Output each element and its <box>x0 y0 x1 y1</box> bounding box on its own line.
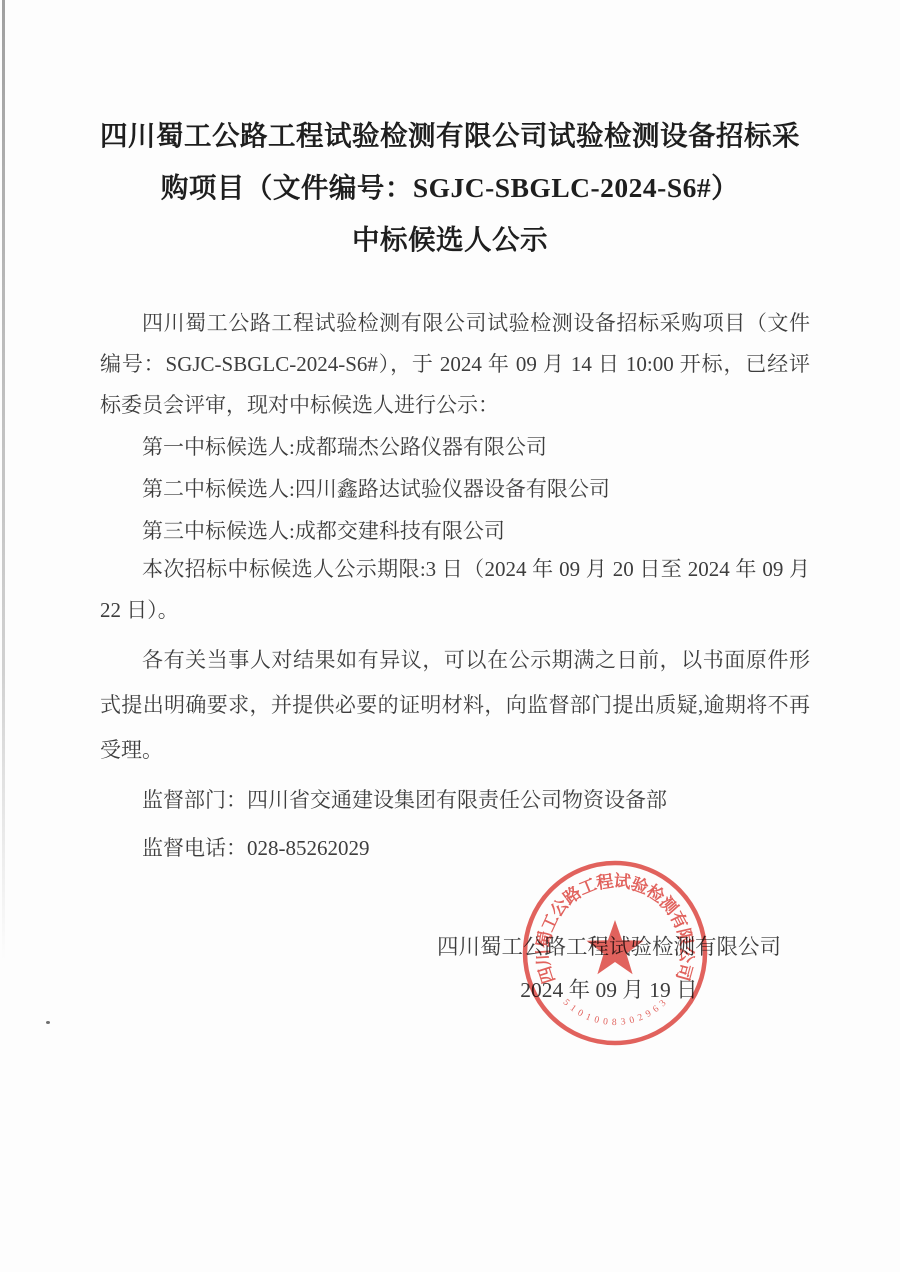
document-page: 四川蜀工公路工程试验检测有限公司试验检测设备招标采 购项目（文件编号：SGJC-… <box>0 0 900 1272</box>
title-line-3: 中标候选人公示 <box>100 214 800 266</box>
scan-speck-artifact <box>46 1021 50 1024</box>
document-title: 四川蜀工公路工程试验检测有限公司试验检测设备招标采 购项目（文件编号：SGJC-… <box>100 110 800 266</box>
company-seal: 四川蜀工公路工程试验检测有限公司 5101008302963 <box>520 858 710 1048</box>
scan-edge-artifact <box>2 0 5 960</box>
title-line-2: 购项目（文件编号：SGJC-SBGLC-2024-S6#） <box>100 162 800 214</box>
candidate-line-2: 第二中标候选人:四川鑫路达试验仪器设备有限公司 <box>100 468 810 510</box>
candidate-line-3: 第三中标候选人:成都交建科技有限公司 <box>100 510 810 552</box>
candidates-list: 第一中标候选人:成都瑞杰公路仪器有限公司 第二中标候选人:四川鑫路达试验仪器设备… <box>100 426 810 552</box>
publicity-period-paragraph: 本次招标中标候选人公示期限:3 日（2024 年 09 月 20 日至 2024… <box>100 549 810 631</box>
supervision-department-line: 监督部门：四川省交通建设集团有限责任公司物资设备部 <box>100 779 810 822</box>
candidate-line-1: 第一中标候选人:成都瑞杰公路仪器有限公司 <box>100 426 810 468</box>
seal-star-icon <box>587 920 644 974</box>
intro-paragraph: 四川蜀工公路工程试验检测有限公司试验检测设备招标采购项目（文件编号：SGJC-S… <box>100 303 810 426</box>
title-line-1: 四川蜀工公路工程试验检测有限公司试验检测设备招标采 <box>100 110 800 162</box>
objection-paragraph: 各有关当事人对结果如有异议，可以在公示期满之日前，以书面原件形式提出明确要求，并… <box>100 638 810 773</box>
seal-number: 5101008302963 <box>561 998 669 1028</box>
